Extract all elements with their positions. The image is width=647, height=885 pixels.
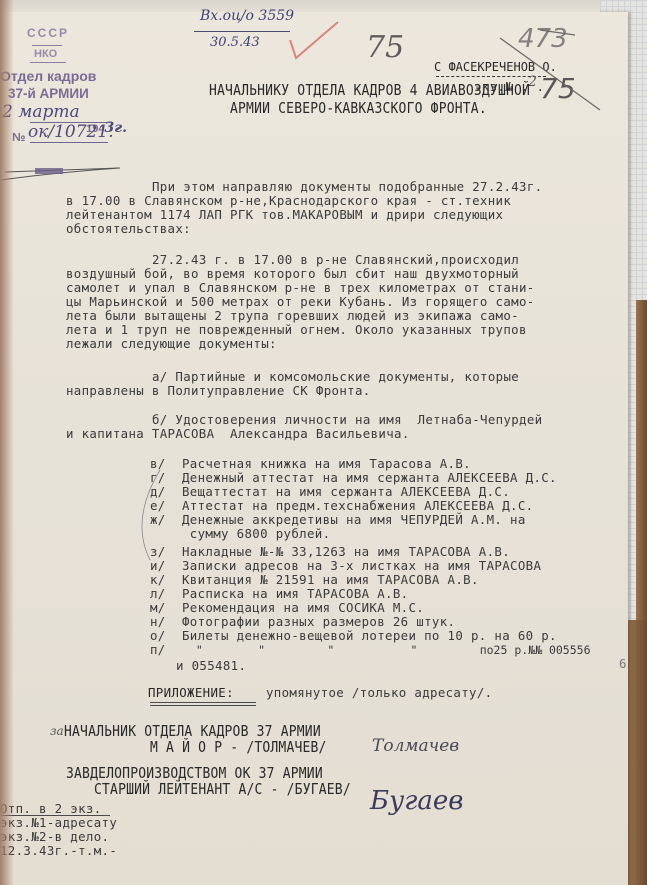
signature-2-name: СТАРШИЙ ЛЕЙТЕНАНТ А/С - /БУГАЕВ/: [94, 782, 351, 799]
stamp-rule: [32, 45, 62, 46]
item-a-line-1: а/ Партийные и комсомольские документы, …: [152, 370, 519, 384]
narrative-line-5: лета были вытащены 2 трупа горевших люде…: [66, 309, 519, 323]
footer-copies: Отп. в 2 экз.: [0, 802, 102, 816]
stamp-army: 37-й АРМИИ: [8, 86, 89, 101]
intro-line-2: в 17.00 в Славянском р-не,Краснодарского…: [66, 194, 511, 208]
list-item-letter: з/: [150, 545, 166, 559]
attachment-underline: [150, 705, 256, 706]
list-item-letter: г/: [150, 471, 166, 485]
intro-line-1: При этом направляю документы подобранные…: [152, 180, 543, 194]
stamp-nko: НКО: [34, 48, 57, 60]
page-number-pencil: 75: [366, 30, 404, 65]
signature-1-name: М А Й О Р - /ТОЛМАЧЕВ/: [150, 740, 327, 757]
trailing-digit: 6: [619, 657, 627, 671]
addressee-line-2: АРМИИ СЕВЕРО-КАВКАЗСКОГО ФРОНТА.: [230, 101, 487, 118]
list-item-text: сумму 6800 рублей.: [182, 527, 330, 541]
narrative-line-6: лета и 1 труп не поврежденный огнем. Око…: [66, 323, 527, 337]
footer-copy-2: экз.№2-в дело.: [0, 830, 109, 844]
stamp-date-handwritten: 2 марта: [2, 102, 80, 122]
page-top-edge: [0, 0, 600, 12]
footer-date-typist: 12.3.43г.-т.м.-: [0, 844, 117, 858]
list-item-text: Аттестат на предм.техснабжения АЛЕКСЕЕВА…: [182, 499, 533, 513]
list-item-letter: л/: [150, 587, 166, 601]
footer-copy-1: экз.№1-адресату: [0, 816, 117, 830]
stamp-underline: [30, 142, 108, 143]
stamp-number-label: №: [12, 130, 25, 144]
list-item-text: Квитанция № 21591 на имя ТАРАСОВА А.В.: [182, 573, 479, 587]
list-item-text: Денежные аккредетивы на имя ЧЕПУРДЕЙ А.М…: [182, 513, 526, 527]
list-item-text: Накладные №-№ 33,1263 на имя ТАРАСОВА А.…: [182, 545, 510, 559]
stamp-underline: [30, 122, 110, 123]
attachment-label: ПРИЛОЖЕНИЕ:: [148, 686, 234, 700]
list-item-letter: м/: [150, 601, 166, 615]
list-item-text: Расписка на имя ТАРАСОВА А.В.: [182, 587, 408, 601]
classification-label: С ФАСЕКРЕЧЕНОВ О.: [434, 60, 557, 74]
list-item-letter: п/: [150, 643, 166, 657]
list-item-text: Записки адресов на 3-х листках на имя ТА…: [182, 559, 541, 573]
list-item-letter: ж/: [150, 513, 166, 527]
stamp-number-handwritten: ок/10721.: [28, 122, 114, 142]
stamp-rule: [30, 62, 66, 63]
attachment-text: упомянутое /только адресату/.: [266, 686, 492, 700]
addressee-line-1: НАЧАЛЬНИКУ ОТДЕЛА КАДРОВ 4 АВИАВОЗДУШНОЙ: [209, 83, 530, 100]
stamp-department: Отдел кадров: [0, 68, 96, 84]
list-item-text: Денежный аттестат на имя сержанта АЛЕКСЕ…: [182, 471, 557, 485]
intro-line-3: лейтенантом 1174 ЛАП РГК тов.МАКАРОВЫМ и…: [66, 208, 503, 222]
attachment-underline: [150, 702, 256, 703]
list-item-text: и 055481.: [176, 659, 246, 673]
list-item-text: " " " " по25 р.№№ 005556: [182, 643, 591, 657]
incoming-number: Вх.оц/о 3559: [200, 8, 294, 24]
narrative-line-7: лежали следующие документы:: [66, 337, 277, 351]
list-item-letter: д/: [150, 485, 166, 499]
stamp-ussr: СССР: [27, 26, 69, 40]
list-item-text: Расчетная книжка на имя Тарасова А.В.: [182, 457, 471, 471]
list-item-text: Рекомендация на имя СОСИКА М.С.: [182, 601, 424, 615]
signature-1-handwritten: Толмачев: [372, 736, 459, 756]
intro-line-4: обстоятельствах:: [66, 222, 191, 236]
item-b-line-1: б/ Удостоверения личности на имя Летнаба…: [152, 413, 543, 427]
page-number-crossed: 473: [518, 24, 568, 54]
list-item-text: Билеты денежно-вещевой лотереи по 10 р. …: [182, 629, 557, 643]
list-item-letter: к/: [150, 573, 166, 587]
list-item-text: Вещаттестат на имя сержанта АЛЕКСЕЕВА Д.…: [182, 485, 510, 499]
narrative-line-3: самолет и упал в Славянском р-не в трех …: [66, 281, 535, 295]
incoming-rule: [194, 31, 290, 32]
list-item-letter: е/: [150, 499, 166, 513]
signature-prefix-handwritten: за: [50, 724, 64, 738]
list-item-letter: и/: [150, 559, 166, 573]
incoming-date: 30.5.43: [210, 35, 260, 50]
list-item-letter: о/: [150, 629, 166, 643]
narrative-line-1: 27.2.43 г. в 17.00 в р-не Славянский,про…: [152, 253, 519, 267]
list-item-text: Фотографии разных размеров 26 штук.: [182, 615, 455, 629]
list-item-letter: н/: [150, 615, 166, 629]
item-a-line-2: направлены в Политуправление СК Фронта.: [66, 384, 371, 398]
narrative-line-2: воздушный бой, во время которого был сби…: [66, 267, 519, 281]
item-b-line-2: и капитана ТАРАСОВА Александра Васильеви…: [66, 427, 410, 441]
list-item-letter: в/: [150, 457, 166, 471]
narrative-line-4: цы Марьинской и 500 метрах от реки Кубан…: [66, 295, 535, 309]
signature-2-handwritten: Бугаев: [370, 786, 463, 816]
